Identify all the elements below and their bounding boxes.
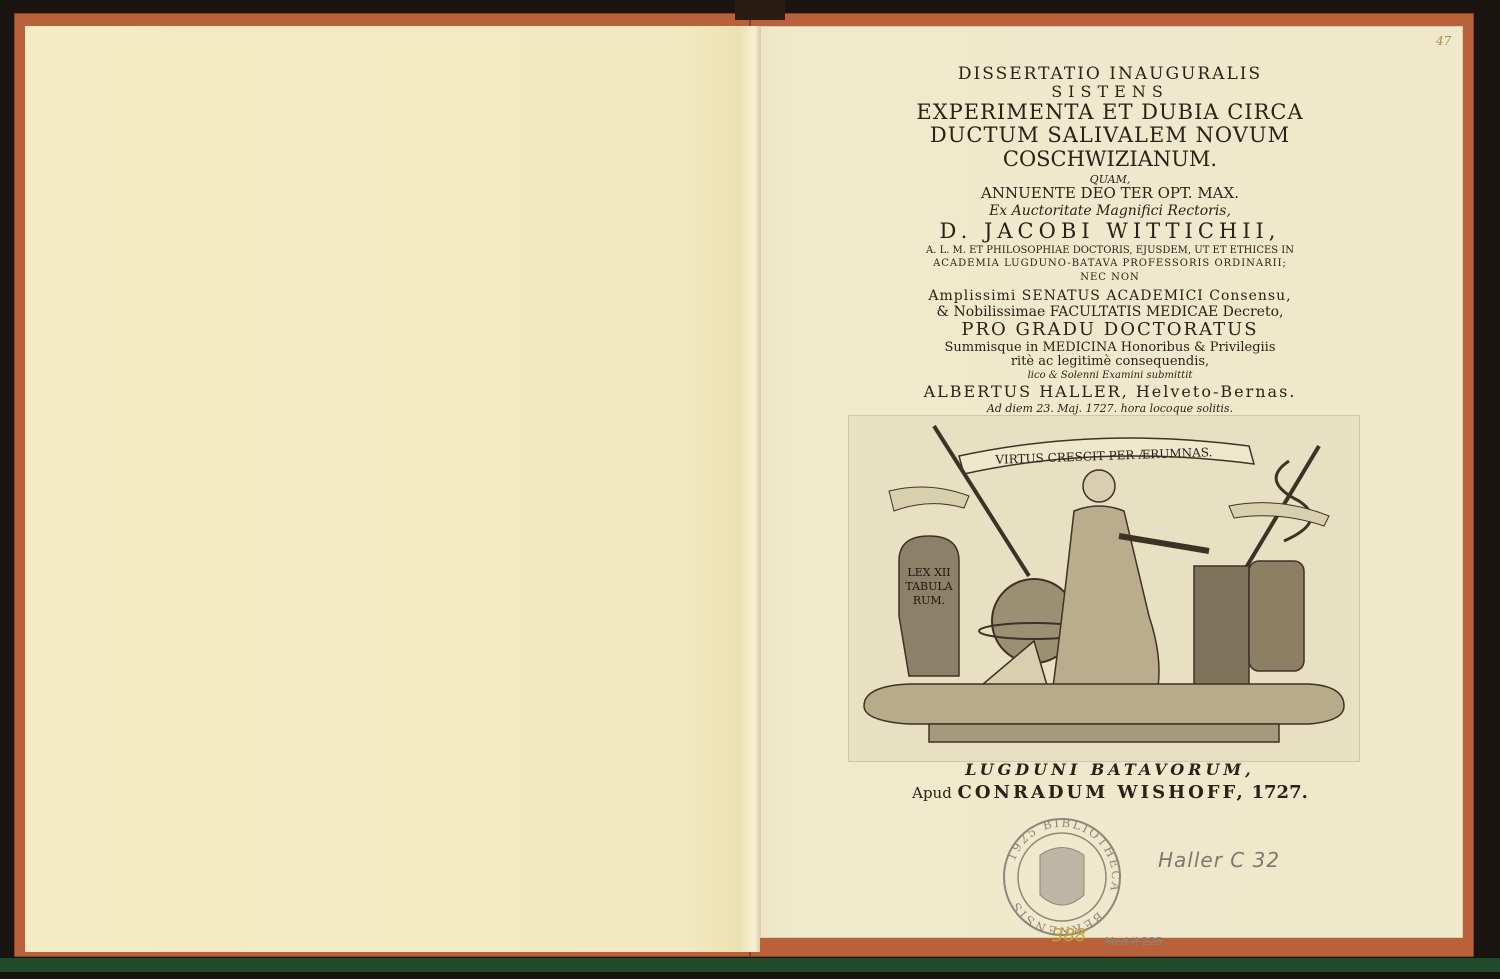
left-page bbox=[25, 26, 754, 952]
tablet-line-2: TABULA bbox=[905, 580, 953, 593]
library-seal-icon: 1925 BIBLIOTHECA BERNENSIS bbox=[1000, 815, 1125, 940]
old-shelfmark: Med II 225 bbox=[1105, 935, 1163, 948]
allegorical-engraving-icon: VIRTUS CRESCIT PER ÆRUMNAS. LEX XII TABU… bbox=[849, 416, 1359, 761]
title-line-9: D. JACOBI WITTICHII, bbox=[760, 221, 1460, 242]
title-line-2: SISTENS bbox=[760, 84, 1460, 100]
title-line-3: EXPERIMENTA ET DUBIA CIRCA bbox=[760, 102, 1460, 123]
spine-top bbox=[735, 0, 785, 20]
title-line-4: DUCTUM SALIVALEM NOVUM bbox=[760, 125, 1460, 146]
title-line-10: A. L. M. ET PHILOSOPHIAE DOCTORIS, EJUSD… bbox=[760, 246, 1460, 256]
title-line-14: & Nobilissimae FACULTATIS MEDICAE Decret… bbox=[760, 305, 1460, 319]
title-line-20: Ad diem 23. Maj. 1727. hora locoque soli… bbox=[760, 403, 1460, 414]
title-line-11: ACADEMIA LUGDUNO-BATAVA PROFESSORIS ORDI… bbox=[760, 259, 1460, 269]
tablet-line-3: RUM. bbox=[913, 594, 945, 607]
tablet-line-1: LEX XII bbox=[907, 566, 950, 579]
imprint: LUGDUNI BATAVORUM, Apud CONRADUM WISHOFF… bbox=[760, 760, 1460, 803]
title-line-7: ANNUENTE DEO TER OPT. MAX. bbox=[760, 186, 1460, 201]
title-line-19: ALBERTUS HALLER, Helveto-Bernas. bbox=[760, 384, 1460, 400]
title-line-13: Amplissimi SENATUS ACADEMICI Consensu, bbox=[760, 289, 1460, 303]
inventory-number: 388 bbox=[1052, 925, 1086, 946]
imprint-printer: CONRADUM WISHOFF, bbox=[958, 782, 1246, 803]
imprint-prefix: Apud bbox=[912, 784, 952, 802]
title-line-8: Ex Auctoritate Magnifici Rectoris, bbox=[760, 204, 1460, 218]
imprint-printer-line: Apud CONRADUM WISHOFF, 1727. bbox=[760, 782, 1460, 803]
title-line-17: ritè ac legitimè consequendis, bbox=[760, 355, 1460, 368]
imprint-place: LUGDUNI BATAVORUM, bbox=[760, 760, 1460, 779]
title-line-18: lico & Solenni Examini submittit bbox=[760, 371, 1460, 381]
bottom-shadow bbox=[0, 972, 1500, 979]
title-block: DISSERTATIO INAUGURALIS SISTENS EXPERIME… bbox=[760, 60, 1460, 414]
engraving-plate: VIRTUS CRESCIT PER ÆRUMNAS. LEX XII TABU… bbox=[848, 415, 1360, 762]
title-line-5: COSCHWIZIANUM. bbox=[760, 149, 1460, 170]
folio-note: 47 bbox=[1436, 34, 1451, 48]
title-line-12: NEC NON bbox=[760, 273, 1460, 283]
imprint-year: 1727. bbox=[1252, 782, 1308, 803]
green-band bbox=[0, 958, 1500, 972]
library-stamp: 1925 BIBLIOTHECA BERNENSIS bbox=[1000, 815, 1125, 940]
shelfmark: Haller C 32 bbox=[1158, 848, 1280, 872]
title-line-15: PRO GRADU DOCTORATUS bbox=[760, 321, 1460, 339]
title-line-16: Summisque in MEDICINA Honoribus & Privil… bbox=[760, 341, 1460, 354]
title-line-1: DISSERTATIO INAUGURALIS bbox=[760, 66, 1460, 83]
